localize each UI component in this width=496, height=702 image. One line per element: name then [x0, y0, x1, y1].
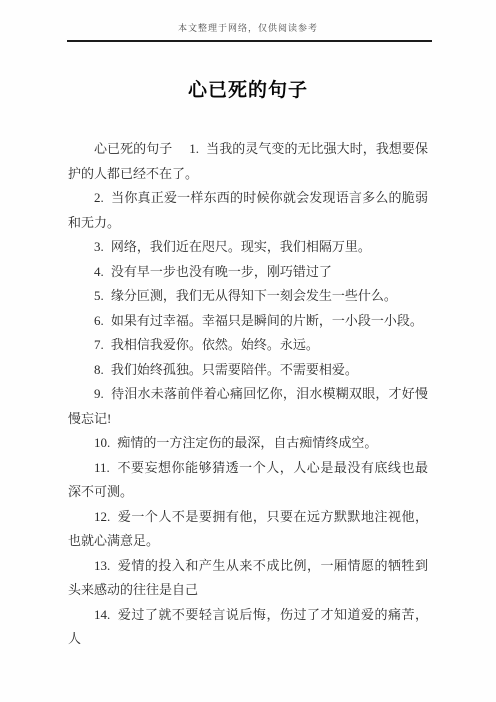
- header-note: 本文整理于网络，仅供阅读参考: [0, 0, 496, 33]
- item-text: 爱情的投入和产生从来不成比例，一厢情愿的牺牲到头来感动的往往是自己: [68, 558, 428, 598]
- item-number: 13.: [94, 558, 110, 573]
- sentence-item: 12.爱一个人不是要拥有他，只要在远方默默地注视他，也就心满意足。: [68, 505, 428, 554]
- document-page: 本文整理于网络，仅供阅读参考 心已死的句子 心已死的句子1.当我的灵气变的无比强…: [0, 0, 496, 702]
- item-text: 我相信我爱你。依然。始终。永远。: [111, 337, 319, 352]
- sentence-item: 2.当你真正爱一样东西的时候你就会发现语言多么的脆弱和无力。: [68, 186, 428, 235]
- item-text: 爱一个人不是要拥有他，只要在远方默默地注视他，也就心满意足。: [68, 509, 428, 549]
- item-number: 5.: [94, 288, 104, 303]
- sentence-list: 心已死的句子1.当我的灵气变的无比强大时，我想要保护的人都已经不在了。 2.当你…: [0, 104, 496, 652]
- item-text: 如果有过幸福。幸福只是瞬间的片断，一小段一小段。: [111, 313, 423, 328]
- sentence-item: 11.不要妄想你能够猜透一个人，人心是最没有底线也最深不可测。: [68, 456, 428, 505]
- item-number: 14.: [94, 607, 110, 622]
- item-number: 4.: [94, 264, 104, 279]
- sentence-item: 10.痴情的一方注定伤的最深，自古痴情终成空。: [68, 431, 428, 456]
- header-divider: [67, 40, 432, 42]
- item-text: 爱过了就不要轻言说后悔，伤过了才知道爱的痛苦，人: [68, 607, 428, 647]
- item-text: 当你真正爱一样东西的时候你就会发现语言多么的脆弱和无力。: [68, 190, 428, 230]
- item-text: 待泪水未落前伴着心痛回忆你，泪水模糊双眼，才好慢慢忘记!: [68, 386, 428, 426]
- item-text: 没有早一步也没有晚一步，刚巧错过了: [111, 264, 332, 279]
- sentence-item: 14.爱过了就不要轻言说后悔，伤过了才知道爱的痛苦，人: [68, 603, 428, 652]
- sentence-item: 4.没有早一步也没有晚一步，刚巧错过了: [68, 260, 428, 285]
- item-number: 7.: [94, 337, 104, 352]
- item-text: 缘分叵测，我们无从得知下一刻会发生一些什么。: [111, 288, 397, 303]
- item-number: 12.: [94, 509, 110, 524]
- sentence-item: 3.网络，我们近在咫尺。现实，我们相隔万里。: [68, 235, 428, 260]
- sentence-item: 7.我相信我爱你。依然。始终。永远。: [68, 333, 428, 358]
- item-number: 1.: [189, 141, 199, 156]
- item-text: 痴情的一方注定伤的最深，自古痴情终成空。: [117, 435, 377, 450]
- item-text: 我们始终孤独。只需要陪伴。不需要相爱。: [111, 362, 358, 377]
- item-number: 11.: [94, 460, 110, 475]
- item-number: 10.: [94, 435, 110, 450]
- sentence-item: 5.缘分叵测，我们无从得知下一刻会发生一些什么。: [68, 284, 428, 309]
- item-number: 8.: [94, 362, 104, 377]
- page-title: 心已死的句子: [0, 78, 496, 104]
- item-number: 6.: [94, 313, 104, 328]
- item-number: 3.: [94, 239, 104, 254]
- sentence-item: 13.爱情的投入和产生从来不成比例，一厢情愿的牺牲到头来感动的往往是自己: [68, 554, 428, 603]
- lead-in-label: 心已死的句子: [94, 141, 172, 156]
- item-number: 9.: [94, 386, 104, 401]
- item-text: 不要妄想你能够猜透一个人，人心是最没有底线也最深不可测。: [68, 460, 428, 500]
- sentence-item: 8.我们始终孤独。只需要陪伴。不需要相爱。: [68, 358, 428, 383]
- item-text: 网络，我们近在咫尺。现实，我们相隔万里。: [111, 239, 371, 254]
- item-number: 2.: [94, 190, 104, 205]
- sentence-item-first: 心已死的句子1.当我的灵气变的无比强大时，我想要保护的人都已经不在了。: [68, 137, 428, 186]
- sentence-item: 9.待泪水未落前伴着心痛回忆你，泪水模糊双眼，才好慢慢忘记!: [68, 382, 428, 431]
- sentence-item: 6.如果有过幸福。幸福只是瞬间的片断，一小段一小段。: [68, 309, 428, 334]
